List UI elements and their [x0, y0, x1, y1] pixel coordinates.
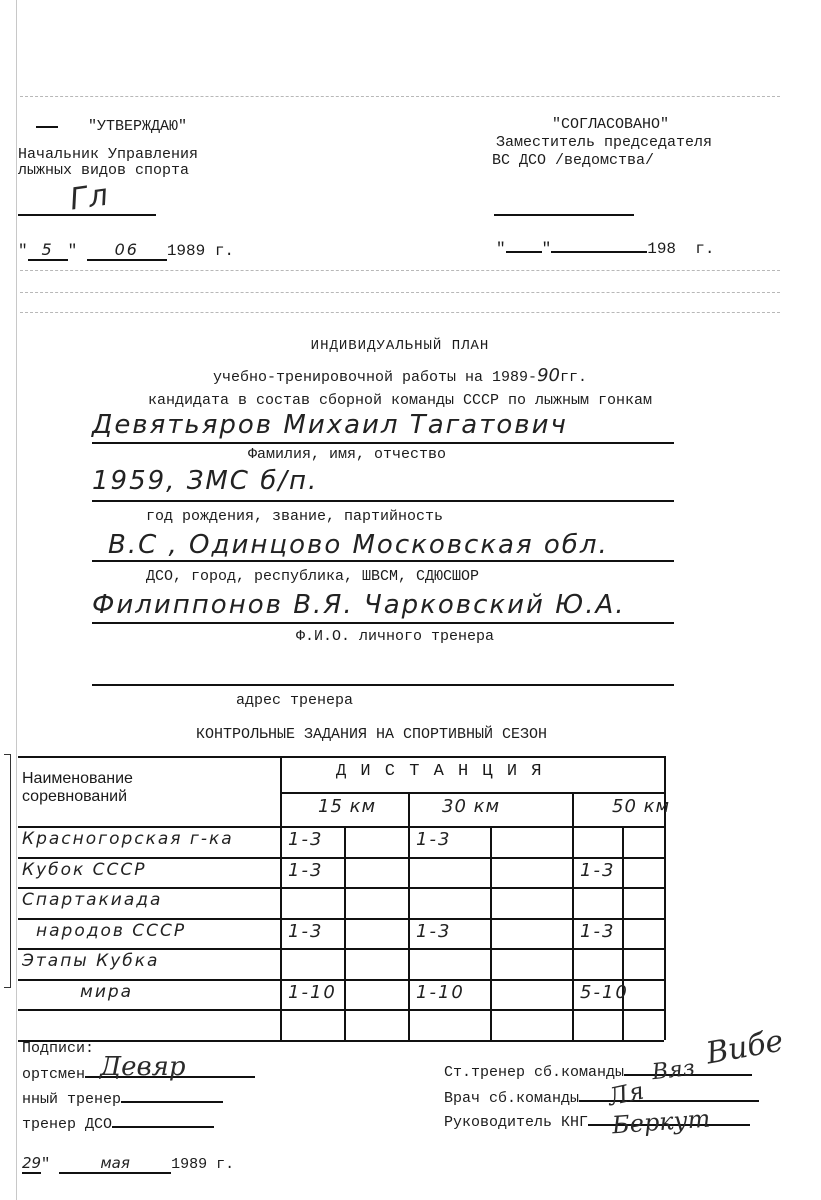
signatures-date-suffix: г.	[216, 1156, 234, 1173]
agreement-date: ""198 г.	[496, 240, 714, 258]
place-target-d30: 1-10	[416, 982, 465, 1003]
head-coach-label: Ст.тренер сб.команды	[444, 1064, 624, 1081]
place-target-d30: 1-3	[416, 829, 451, 850]
competition-name: Красногорская г-ка	[22, 829, 234, 849]
place-target-d15: 1-3	[288, 829, 323, 850]
approval-signature: Гл	[68, 177, 112, 217]
approval-date-month: 06	[87, 240, 167, 261]
competition-name: народов СССР	[36, 921, 186, 941]
name-header-line2: соревнований	[22, 788, 127, 806]
distance-1: 15 км	[318, 796, 376, 817]
plan-subtitle-handwritten-year: 90	[537, 365, 560, 386]
birth-rank-party-caption: год рождения, звание, партийность	[146, 508, 443, 525]
plan-subtitle-prefix: учебно-тренировочной работы на 1989-	[213, 369, 537, 386]
scan-dotted-line	[20, 312, 780, 313]
coach-address-line	[92, 684, 674, 686]
agreement-date-suffix: г.	[695, 240, 714, 258]
agreement-position-line2: ВС ДСО /ведомства/	[492, 152, 654, 169]
margin-bracket	[4, 754, 11, 988]
table-border-top	[18, 756, 664, 758]
place-target-d50: 1-3	[580, 921, 615, 942]
dso-city-line	[92, 560, 674, 562]
table-row-divider	[18, 918, 664, 920]
place-target-d30: 1-3	[416, 921, 451, 942]
agreement-position-line1: Заместитель председателя	[496, 134, 712, 151]
signatures-heading: Подписи:	[22, 1040, 94, 1057]
place-target-d50: 1-3	[580, 860, 615, 881]
coach-value: Филиппонов В.Я. Чарковский Ю.А.	[92, 590, 626, 620]
scan-dotted-line	[20, 96, 780, 97]
agreement-date-year: 198	[647, 240, 676, 258]
table-divider-header	[18, 826, 664, 828]
approval-date-year: 1989	[167, 242, 205, 260]
signatures-date-year: 1989	[171, 1156, 207, 1173]
scan-dotted-line	[20, 270, 780, 271]
coach-address-caption: адрес тренера	[236, 692, 353, 709]
table-divider-distance-group	[408, 792, 410, 1040]
signatures-date-day: 29	[22, 1154, 41, 1174]
competition-name: Этапы Кубка	[22, 951, 159, 971]
doctor-signature-row: Врач сб.команды	[444, 1090, 759, 1107]
approval-date-day: 5	[28, 240, 68, 261]
control-tasks-table: НаименованиесоревнованийД И С Т А Н Ц И …	[18, 756, 664, 1020]
approval-signature-line	[18, 214, 156, 216]
approval-title: "УТВЕРЖДАЮ"	[88, 118, 187, 135]
head-coach-signature: Вяз	[651, 1056, 696, 1085]
birth-rank-party-value: 1959, ЗМС б/п.	[92, 466, 318, 496]
table-row-divider	[18, 887, 664, 889]
coach-caption: Ф.И.О. личного тренера	[296, 628, 494, 645]
coach-line	[92, 622, 674, 624]
head-coach-signature-row: Ст.тренер сб.команды	[444, 1064, 752, 1081]
athlete-signature: Девяр	[100, 1052, 186, 1082]
approval-position-line1: Начальник Управления	[18, 146, 198, 163]
plan-subtitle: учебно-тренировочной работы на 1989-90гг…	[80, 365, 720, 386]
doctor-label: Врач сб.команды	[444, 1090, 579, 1107]
birth-rank-party-line	[92, 500, 674, 502]
place-target-d50: 5-10	[580, 982, 629, 1003]
distance-2: 30 км	[442, 796, 500, 817]
place-target-d15: 1-3	[288, 921, 323, 942]
distance-3: 50 км	[612, 796, 670, 817]
competition-name: Спартакиада	[22, 890, 162, 910]
dso-coach-signature-row: тренер ДСО	[22, 1116, 214, 1133]
place-target-d15: 1-3	[288, 860, 323, 881]
scan-dotted-line	[20, 292, 780, 293]
extra-signature: Вибе	[704, 1024, 786, 1072]
plan-subtitle-2: кандидата в состав сборной команды СССР …	[80, 392, 720, 409]
table-title: КОНТРОЛЬНЫЕ ЗАДАНИЯ НА СПОРТИВНЫЙ СЕЗОН	[196, 726, 547, 743]
agreement-signature-line	[494, 214, 634, 216]
dso-city-caption: ДСО, город, республика, ШВСМ, СДЮСШОР	[146, 568, 479, 585]
agreement-title: "СОГЛАСОВАНО"	[552, 116, 669, 133]
athlete-label: ортсмен	[22, 1066, 85, 1083]
signatures-date: 29" мая1989 г.	[22, 1154, 234, 1174]
kng-head-label: Руководитель КНГ	[444, 1114, 588, 1131]
table-row-divider	[18, 857, 664, 859]
name-header-line1: Наименование	[22, 770, 133, 788]
place-target-d15: 1-10	[288, 982, 337, 1003]
dash-mark	[36, 126, 58, 128]
full-name-value: Девятьяров Михаил Тагатович	[92, 410, 568, 440]
personal-coach-signature-row: нный тренер	[22, 1091, 223, 1108]
agreement-date-day	[506, 251, 542, 253]
dso-coach-label: тренер ДСО	[22, 1116, 112, 1133]
distance-header: Д И С Т А Н Ц И Я	[336, 762, 543, 781]
competition-name: Кубок СССР	[22, 860, 147, 880]
table-divider-distance-group	[572, 792, 574, 1040]
personal-coach-label: нный тренер	[22, 1091, 121, 1108]
table-divider-name	[280, 756, 282, 1040]
table-row-divider	[18, 979, 664, 981]
full-name-line	[92, 442, 674, 444]
approval-date: "5" 061989 г.	[18, 240, 234, 261]
table-row-divider	[18, 1009, 664, 1011]
approval-date-suffix: г.	[215, 242, 234, 260]
kng-head-signature: Беркут	[611, 1105, 711, 1140]
table-divider-distance	[280, 792, 664, 794]
agreement-date-month	[551, 251, 647, 253]
scan-left-edge	[16, 0, 17, 1200]
plan-subtitle-suffix: гг.	[560, 369, 587, 386]
dso-city-value: В.С , Одинцово Московская обл.	[108, 530, 609, 560]
competition-name: мира	[80, 982, 133, 1002]
plan-title: ИНДИВИДУАЛЬНЫЙ ПЛАН	[80, 338, 720, 354]
full-name-caption: Фамилия, имя, отчество	[248, 446, 446, 463]
approval-position-line2: лыжных видов спорта	[18, 162, 189, 179]
table-border-bottom	[18, 1040, 664, 1042]
table-row-divider	[18, 948, 664, 950]
signatures-date-month: мая	[59, 1154, 171, 1174]
